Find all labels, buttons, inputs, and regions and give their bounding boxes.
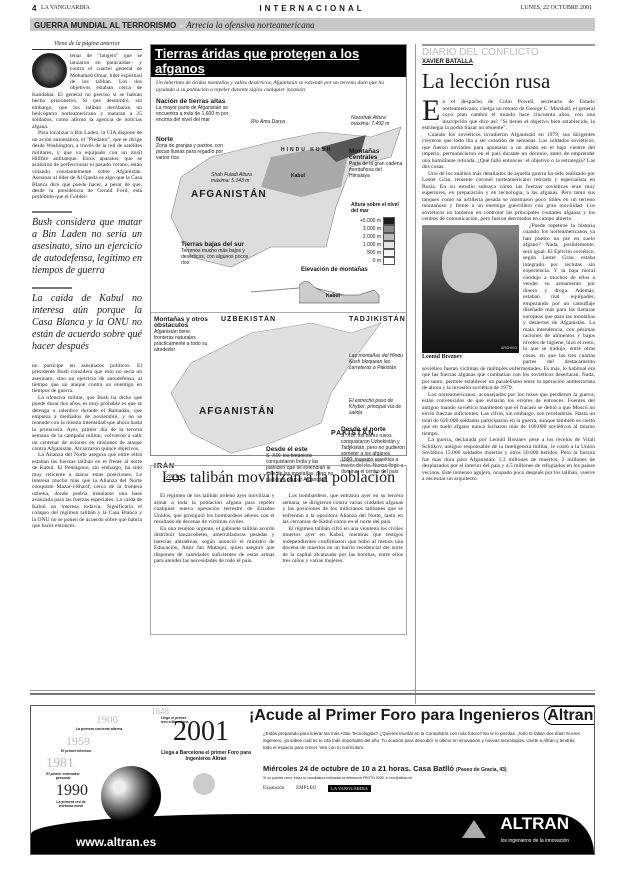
brand-callout: Altran! bbox=[544, 706, 595, 725]
infographic: Tierras áridas que protegen a los afgano… bbox=[150, 44, 407, 456]
brand-tagline: los ingenieros de la innovación bbox=[501, 838, 569, 844]
forum-seal-icon bbox=[193, 773, 215, 795]
peak-label: Shah Fuladi Altura máxima: 5.143 m bbox=[211, 172, 261, 184]
timeline-year: 1959 bbox=[66, 734, 90, 749]
drop-cap: E bbox=[422, 99, 440, 123]
globe-graphic bbox=[101, 766, 161, 826]
event-details: Miércoles 24 de octubre de 10 a 21 horas… bbox=[263, 764, 507, 773]
profile-label: Kabul bbox=[326, 293, 340, 299]
range-label: HINDU KUSH bbox=[281, 147, 332, 153]
country-label: AFGANISTÁN bbox=[191, 189, 267, 200]
divider bbox=[30, 693, 595, 695]
paragraph: La ofensiva militar, que Bush ha dicho q… bbox=[32, 395, 142, 453]
application-note: Si no puedes venir, envía tu candidatura… bbox=[263, 776, 412, 780]
obstacles-callout: Montañas y otros obstáculosAfganistán ti… bbox=[154, 317, 209, 353]
elevation-map: Nación de tierras altasLa mayor parte de… bbox=[151, 97, 406, 312]
callout-south: Tierras bajas del surTerrenos mucho más … bbox=[181, 242, 251, 266]
callout-north: NorteZona de granjas y pastos, con pocas… bbox=[156, 137, 226, 161]
section-bar: GUERRA MUNDIAL AL TERRORISMO»Arrecia la … bbox=[30, 18, 595, 31]
pull-quote: Bush considera que matar a Bin Laden no … bbox=[32, 211, 142, 277]
paragraph: Los norteamericanos, aconsejados por los… bbox=[422, 392, 595, 438]
timeline-text: El primer ordenador personal bbox=[43, 772, 83, 780]
issue-date: LUNES, 22 OCTUBRE 2001 bbox=[521, 5, 592, 11]
article-headline: Los talibán movilizan a la población bbox=[154, 469, 403, 487]
column-headline: La lección rusa bbox=[422, 69, 595, 94]
ad-year: 2001 bbox=[173, 716, 229, 748]
legend-title: Altura sobre el nivel del mar bbox=[351, 202, 406, 214]
graphic-credit: LA VANGUARDIA / KRT bbox=[340, 458, 383, 463]
taliban-article: Los talibán movilizan a la población El … bbox=[150, 465, 407, 635]
continued-from: Viene de la página anterior bbox=[32, 41, 142, 50]
country-label: AFGANISTÁN bbox=[199, 406, 275, 417]
timeline-year: 1981 bbox=[46, 756, 74, 772]
sponsor-logo: LA VANGUARDIA bbox=[328, 785, 371, 792]
callout-central: Montañas centralesParte de la gran caden… bbox=[349, 149, 404, 179]
paragraph: n el despacho de Colin Powell, secretari… bbox=[422, 99, 595, 132]
peak-label: Nowshak Altura máxima: 7.492 m bbox=[351, 115, 406, 127]
sponsor-logo: Expansión bbox=[263, 786, 284, 791]
opinion-column: DIARIO DEL CONFLICTO XAVIER BATALLA La l… bbox=[415, 44, 595, 704]
divider bbox=[30, 690, 595, 691]
photo-credit: ARCHIVO bbox=[501, 345, 517, 352]
altran-advertisement[interactable]: 1848 Llegó el primer tren a Barcelona 19… bbox=[30, 705, 595, 855]
ad-year-text: Llega a Barcelona el primer Foro para In… bbox=[161, 750, 251, 762]
ad-body: ¿Estás preparado para liderar las más Al… bbox=[263, 730, 583, 751]
timeline-text: El primer televisor bbox=[61, 749, 92, 753]
brand-logo: ALTRAN bbox=[500, 814, 569, 834]
timeline-year: 1990 bbox=[56, 782, 88, 800]
neighbor-label: TADJIKISTÁN bbox=[349, 316, 406, 323]
paragraph: Los bombardeos, que entraron ayer en su … bbox=[283, 493, 404, 526]
callout-highlands: Nación de tierras altasLa mayor parte de… bbox=[156, 99, 231, 123]
timeline-text: La primera corriente alterna bbox=[76, 727, 122, 731]
column-kicker: DIARIO DEL CONFLICTO bbox=[422, 44, 595, 58]
map-note: El estrecho paso de Khyber, principal ví… bbox=[349, 398, 404, 416]
elevation-legend: +5.000 m 3.000 m 2.000 m 1.000 m 500 m 0… bbox=[356, 217, 395, 265]
river-label: Río Amu Darya bbox=[251, 119, 285, 125]
sponsor-logos: Expansión EMPLEO LA VANGUARDIA bbox=[263, 785, 371, 792]
timeline-text: La primera red de telefonía móvil bbox=[51, 800, 91, 808]
timeline-year: 1848 bbox=[151, 706, 169, 716]
portrait-photo: ARCHIVO bbox=[422, 225, 519, 353]
elevation-profile-chart bbox=[299, 275, 389, 305]
left-article: Viene de la página anterior tenar de "ra… bbox=[32, 41, 142, 529]
infographic-subtitle: Un laberinto de áridas montañas y valles… bbox=[151, 77, 406, 97]
paragraph: El régimen talibán cifró en una veintena… bbox=[283, 526, 404, 565]
section-name: INTERNACIONAL bbox=[32, 4, 592, 13]
topic-label: GUERRA MUNDIAL AL TERRORISMO bbox=[34, 21, 176, 30]
paragraph: Uno de los análisis más detallados de aq… bbox=[422, 171, 595, 223]
paragraph: El régimen de los talibán ordenó ayer mo… bbox=[154, 493, 275, 526]
altran-logo-icon bbox=[462, 820, 486, 838]
paragraph: La guerra, declarada por Leonid Breznev … bbox=[422, 437, 595, 483]
chevron-right-icon: » bbox=[179, 21, 183, 30]
map-note: Las montañas del Hindu Kush bloquean las… bbox=[349, 353, 404, 371]
ad-headline: ¡Acude al Primer Foro para Ingenieros Al… bbox=[249, 707, 595, 725]
neighbor-label: UZBEKISTÁN bbox=[221, 316, 276, 323]
topic-subtitle: Arrecia la ofensiva norteamericana bbox=[186, 20, 314, 30]
pull-quote: La caída de Kabul no interesa aún porque… bbox=[32, 287, 142, 353]
page-folio: 4 LA VANGUARDIA INTERNACIONAL LUNES, 22 … bbox=[32, 4, 592, 16]
paragraph: Cuando los soviéticos invadieron Afganis… bbox=[422, 132, 595, 171]
paragraph: Para localizar a Bin Laden, la CIA dispo… bbox=[32, 130, 142, 200]
infographic-title: Tierras áridas que protegen a los afgano… bbox=[151, 45, 406, 77]
byline: XAVIER BATALLA bbox=[422, 59, 595, 65]
profile-title: Elevación de montañas bbox=[301, 267, 368, 273]
sponsor-logo: EMPLEO bbox=[296, 786, 316, 791]
paragraph: En una reunión urgente, el gabinete tali… bbox=[154, 526, 275, 565]
ad-url-link[interactable]: www.altran.es bbox=[76, 835, 156, 849]
paragraph: La Alianza del Norte asegura que entre e… bbox=[32, 452, 142, 529]
photo-caption: Leonid Breznev bbox=[422, 354, 519, 361]
paragraph: no participe en asesinatos políticos. El… bbox=[32, 363, 142, 395]
city-label: Kabul bbox=[291, 173, 305, 179]
timeline-year: 1906 bbox=[96, 714, 118, 726]
